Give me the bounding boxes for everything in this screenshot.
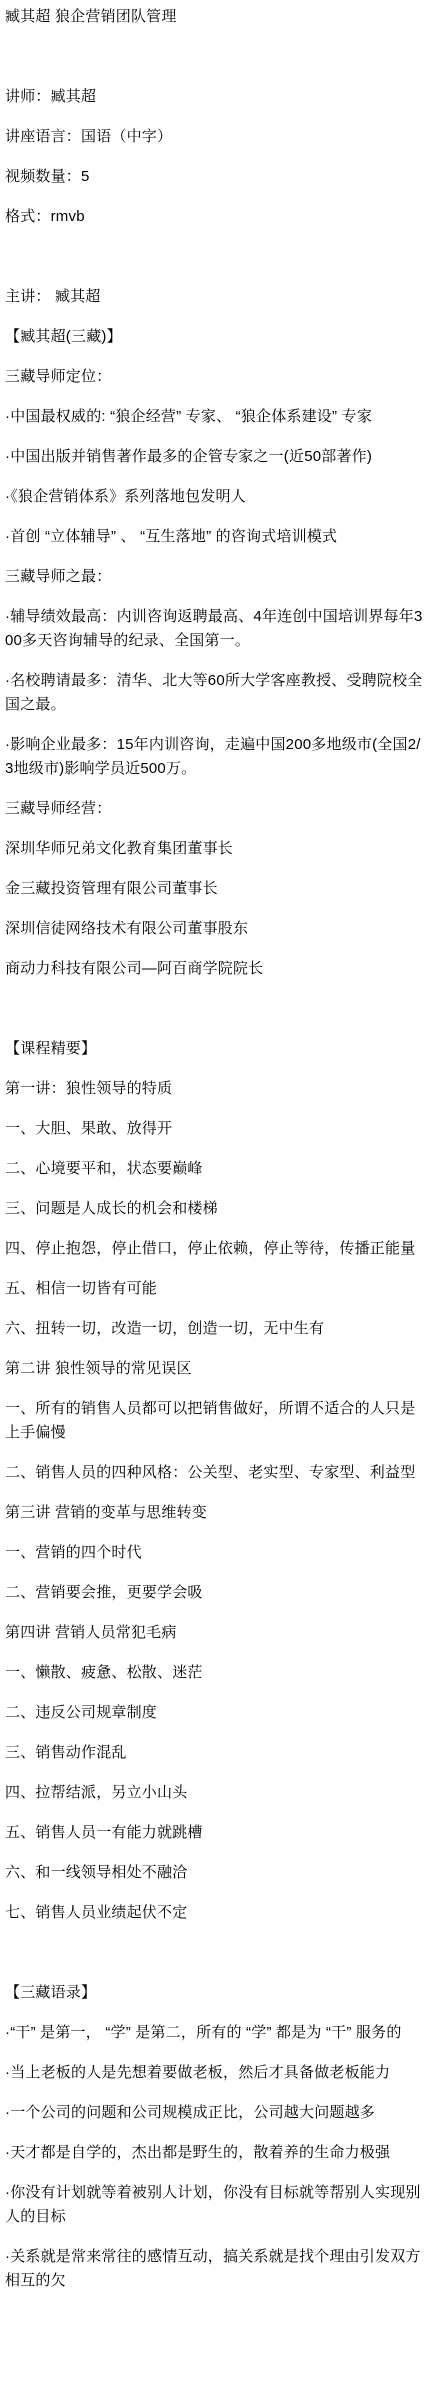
bullet-line: ·关系就是常来常往的感情互动，搞关系就是找个理由引发双方相互的欠 (5, 2245, 428, 2293)
text-line: 讲师：臧其超 (5, 85, 428, 109)
text-line: 商动力科技有限公司—阿百商学院院长 (5, 957, 428, 981)
text-line: 二、违反公司规章制度 (5, 1701, 428, 1725)
section-heading: 【课程精要】 (5, 1037, 428, 1061)
bullet-line: ·中国最权威的: “狼企经营” 专家、 “狼企体系建设” 专家 (5, 405, 428, 429)
text-line: 七、销售人员业绩起伏不定 (5, 1901, 428, 1925)
text-line: 三藏导师定位： (5, 365, 428, 389)
text-line: 主讲： 臧其超 (5, 285, 428, 309)
text-line: 四、停止抱怨，停止借口，停止依赖，停止等待，传播正能量 (5, 1237, 428, 1261)
blank-line (5, 245, 428, 269)
text-line: 深圳信徒网络技术有限公司董事股东 (5, 917, 428, 941)
text-line: 二、销售人员的四种风格：公关型、老实型、专家型、利益型 (5, 1461, 428, 1485)
bullet-line: ·名校聘请最多：清华、北大等60所大学客座教授、受聘院校全国之最。 (5, 669, 428, 717)
blank-line (5, 1941, 428, 1965)
section-heading: 【臧其超(三藏)】 (5, 325, 428, 349)
text-line: 三、问题是人成长的机会和楼梯 (5, 1197, 428, 1221)
page-title: 臧其超 狼企营销团队管理 (5, 5, 428, 29)
text-line: 一、懒散、疲惫、松散、迷茫 (5, 1661, 428, 1685)
bullet-line: ·当上老板的人是先想着要做老板，然后才具备做老板能力 (5, 2061, 428, 2085)
text-line: 讲座语言：国语（中字） (5, 125, 428, 149)
lecture-heading: 第三讲 营销的变革与思维转变 (5, 1501, 428, 1525)
text-line: 六、扭转一切，改造一切，创造一切，无中生有 (5, 1317, 428, 1341)
text-line: 三藏导师之最： (5, 565, 428, 589)
bullet-line: ·“干” 是第一， “学” 是第二，所有的 “学” 都是为 “干” 服务的 (5, 2021, 428, 2045)
lecture-heading: 第二讲 狼性领导的常见误区 (5, 1357, 428, 1381)
lecture-heading: 第四讲 营销人员常犯毛病 (5, 1621, 428, 1645)
text-line: 六、和一线领导相处不融洽 (5, 1861, 428, 1885)
text-line: 金三藏投资管理有限公司董事长 (5, 877, 428, 901)
bullet-line: ·天才都是自学的，杰出都是野生的，散着养的生命力极强 (5, 2141, 428, 2165)
bullet-line: ·中国出版并销售著作最多的企管专家之一(近50部著作) (5, 445, 428, 469)
text-line: 五、相信一切皆有可能 (5, 1277, 428, 1301)
text-line: 视频数量：5 (5, 165, 428, 189)
text-line: 格式：rmvb (5, 205, 428, 229)
text-line: 深圳华师兄弟文化教育集团董事长 (5, 837, 428, 861)
text-line: 一、大胆、果敢、放得开 (5, 1117, 428, 1141)
bullet-line: ·一个公司的问题和公司规模成正比，公司越大问题越多 (5, 2101, 428, 2125)
text-line: 五、销售人员一有能力就跳槽 (5, 1821, 428, 1845)
text-line: 四、拉帮结派，另立小山头 (5, 1781, 428, 1805)
section-heading: 【三藏语录】 (5, 1981, 428, 2005)
text-line: 一、所有的销售人员都可以把销售做好，所谓不适合的人只是上手偏慢 (5, 1397, 428, 1445)
blank-line (5, 45, 428, 69)
bullet-line: ·你没有计划就等着被别人计划，你没有目标就等帮别人实现别人的目标 (5, 2181, 428, 2229)
blank-line (5, 997, 428, 1021)
bullet-line: ·《狼企营销体系》系列落地包发明人 (5, 485, 428, 509)
text-line: 二、心境要平和，状态要巅峰 (5, 1157, 428, 1181)
lecture-heading: 第一讲：狼性领导的特质 (5, 1077, 428, 1101)
text-line: 三藏导师经营： (5, 797, 428, 821)
bullet-line: ·辅导绩效最高：内训咨询返聘最高、4年连创中国培训界每年300多天咨询辅导的纪录… (5, 605, 428, 653)
bullet-line: ·首创 “立体辅导” 、 “互生落地” 的咨询式培训模式 (5, 525, 428, 549)
bullet-line: ·影响企业最多：15年内训咨询，走遍中国200多地级市(全国2/3地级市)影响学… (5, 733, 428, 781)
text-line: 二、营销要会推，更要学会吸 (5, 1581, 428, 1605)
text-line: 一、营销的四个时代 (5, 1541, 428, 1565)
text-line: 三、销售动作混乱 (5, 1741, 428, 1765)
document-body: 臧其超 狼企营销团队管理讲师：臧其超讲座语言：国语（中字）视频数量：5格式：rm… (0, 0, 434, 2333)
